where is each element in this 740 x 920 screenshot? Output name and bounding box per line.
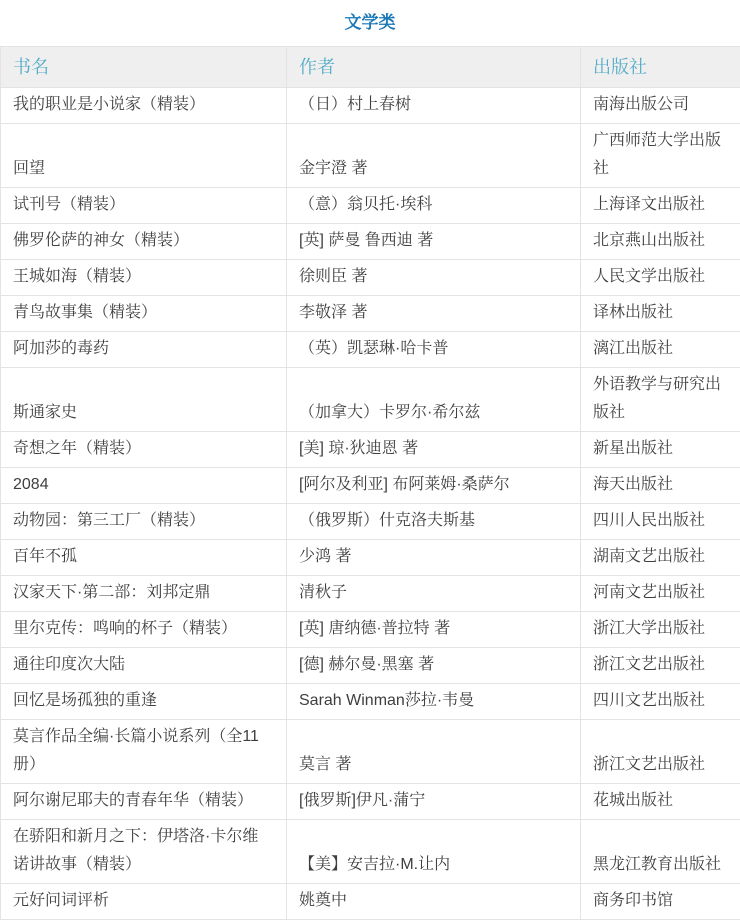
book-title-cell: 斯通家史 — [1, 368, 287, 432]
publisher-cell: 北京燕山出版社 — [581, 224, 740, 260]
table-header: 书名 作者 出版社 — [1, 47, 740, 88]
author-cell: [英] 萨曼 鲁西迪 著 — [287, 224, 581, 260]
publisher-cell: 浙江文艺出版社 — [581, 648, 740, 684]
page-container: 文学类 书名 作者 出版社 我的职业是小说家（精装） （日）村上春树 南海出版公… — [0, 0, 740, 920]
book-title-cell: 元好问词评析 — [1, 884, 287, 920]
table-row: 动物园：第三工厂（精装） （俄罗斯）什克洛夫斯基 四川人民出版社 — [1, 504, 740, 540]
publisher-cell: 广西师范大学出版社 — [581, 124, 740, 188]
author-cell: 姚奠中 — [287, 884, 581, 920]
table-row: 王城如海（精装） 徐则臣 著 人民文学出版社 — [1, 260, 740, 296]
table-body: 我的职业是小说家（精装） （日）村上春树 南海出版公司 回望 金宇澄 著 广西师… — [1, 88, 740, 920]
book-title-cell: 阿尔谢尼耶夫的青春年华（精装） — [1, 784, 287, 820]
book-title-cell: 阿加莎的毒药 — [1, 332, 287, 368]
publisher-cell: 浙江文艺出版社 — [581, 720, 740, 784]
publisher-cell: 新星出版社 — [581, 432, 740, 468]
column-header-publisher: 出版社 — [581, 47, 740, 88]
table-row: 阿尔谢尼耶夫的青春年华（精装） [俄罗斯]伊凡·蒲宁 花城出版社 — [1, 784, 740, 820]
table-row: 汉家天下·第二部：刘邦定鼎 清秋子 河南文艺出版社 — [1, 576, 740, 612]
publisher-cell: 四川文艺出版社 — [581, 684, 740, 720]
author-cell: [阿尔及利亚] 布阿莱姆·桑萨尔 — [287, 468, 581, 504]
author-cell: [俄罗斯]伊凡·蒲宁 — [287, 784, 581, 820]
author-cell: [英] 唐纳德·普拉特 著 — [287, 612, 581, 648]
table-row: 我的职业是小说家（精装） （日）村上春树 南海出版公司 — [1, 88, 740, 124]
table-row: 里尔克传：鸣响的杯子（精装） [英] 唐纳德·普拉特 著 浙江大学出版社 — [1, 612, 740, 648]
author-cell: 徐则臣 著 — [287, 260, 581, 296]
table-row: 阿加莎的毒药 （英）凯瑟琳·哈卡普 漓江出版社 — [1, 332, 740, 368]
book-title-cell: 在骄阳和新月之下：伊塔洛·卡尔维诺讲故事（精装） — [1, 820, 287, 884]
book-title-cell: 2084 — [1, 468, 287, 504]
author-cell: （俄罗斯）什克洛夫斯基 — [287, 504, 581, 540]
author-cell: [德] 赫尔曼·黑塞 著 — [287, 648, 581, 684]
author-cell: （日）村上春树 — [287, 88, 581, 124]
table-row: 在骄阳和新月之下：伊塔洛·卡尔维诺讲故事（精装） 【美】安吉拉·M.让内 黑龙江… — [1, 820, 740, 884]
publisher-cell: 河南文艺出版社 — [581, 576, 740, 612]
book-title-cell: 汉家天下·第二部：刘邦定鼎 — [1, 576, 287, 612]
publisher-cell: 外语教学与研究出版社 — [581, 368, 740, 432]
author-cell: （加拿大）卡罗尔·希尔兹 — [287, 368, 581, 432]
publisher-cell: 花城出版社 — [581, 784, 740, 820]
book-title-cell: 我的职业是小说家（精装） — [1, 88, 287, 124]
publisher-cell: 漓江出版社 — [581, 332, 740, 368]
author-cell: Sarah Winman莎拉·韦曼 — [287, 684, 581, 720]
author-cell: （意）翁贝托·埃科 — [287, 188, 581, 224]
author-cell: 清秋子 — [287, 576, 581, 612]
publisher-cell: 四川人民出版社 — [581, 504, 740, 540]
publisher-cell: 人民文学出版社 — [581, 260, 740, 296]
table-row: 试刊号（精装） （意）翁贝托·埃科 上海译文出版社 — [1, 188, 740, 224]
header-row: 书名 作者 出版社 — [1, 47, 740, 88]
table-row: 通往印度次大陆 [德] 赫尔曼·黑塞 著 浙江文艺出版社 — [1, 648, 740, 684]
book-title-cell: 奇想之年（精装） — [1, 432, 287, 468]
author-cell: 李敬泽 著 — [287, 296, 581, 332]
publisher-cell: 湖南文艺出版社 — [581, 540, 740, 576]
book-title-cell: 动物园：第三工厂（精装） — [1, 504, 287, 540]
book-title-cell: 里尔克传：鸣响的杯子（精装） — [1, 612, 287, 648]
table-row: 青鸟故事集（精装） 李敬泽 著 译林出版社 — [1, 296, 740, 332]
table-row: 元好问词评析 姚奠中 商务印书馆 — [1, 884, 740, 920]
publisher-cell: 上海译文出版社 — [581, 188, 740, 224]
table-row: 回忆是场孤独的重逢 Sarah Winman莎拉·韦曼 四川文艺出版社 — [1, 684, 740, 720]
publisher-cell: 商务印书馆 — [581, 884, 740, 920]
book-title-cell: 回望 — [1, 124, 287, 188]
page-title: 文学类 — [0, 0, 740, 46]
author-cell: [美] 琼·狄迪恩 著 — [287, 432, 581, 468]
book-title-cell: 试刊号（精装） — [1, 188, 287, 224]
column-header-author: 作者 — [287, 47, 581, 88]
book-list-table: 书名 作者 出版社 我的职业是小说家（精装） （日）村上春树 南海出版公司 回望… — [0, 46, 740, 920]
table-row: 回望 金宇澄 著 广西师范大学出版社 — [1, 124, 740, 188]
column-header-book-title: 书名 — [1, 47, 287, 88]
author-cell: 金宇澄 著 — [287, 124, 581, 188]
book-title-cell: 青鸟故事集（精装） — [1, 296, 287, 332]
book-title-cell: 莫言作品全编·长篇小说系列（全11册） — [1, 720, 287, 784]
table-row: 百年不孤 少鸿 著 湖南文艺出版社 — [1, 540, 740, 576]
book-title-cell: 王城如海（精装） — [1, 260, 287, 296]
author-cell: 少鸿 著 — [287, 540, 581, 576]
publisher-cell: 海天出版社 — [581, 468, 740, 504]
book-title-cell: 佛罗伦萨的神女（精装） — [1, 224, 287, 260]
table-row: 莫言作品全编·长篇小说系列（全11册） 莫言 著 浙江文艺出版社 — [1, 720, 740, 784]
publisher-cell: 浙江大学出版社 — [581, 612, 740, 648]
publisher-cell: 译林出版社 — [581, 296, 740, 332]
table-row: 2084 [阿尔及利亚] 布阿莱姆·桑萨尔 海天出版社 — [1, 468, 740, 504]
book-title-cell: 通往印度次大陆 — [1, 648, 287, 684]
author-cell: 莫言 著 — [287, 720, 581, 784]
publisher-cell: 黑龙江教育出版社 — [581, 820, 740, 884]
book-title-cell: 回忆是场孤独的重逢 — [1, 684, 287, 720]
table-row: 奇想之年（精装） [美] 琼·狄迪恩 著 新星出版社 — [1, 432, 740, 468]
table-row: 斯通家史 （加拿大）卡罗尔·希尔兹 外语教学与研究出版社 — [1, 368, 740, 432]
publisher-cell: 南海出版公司 — [581, 88, 740, 124]
table-row: 佛罗伦萨的神女（精装） [英] 萨曼 鲁西迪 著 北京燕山出版社 — [1, 224, 740, 260]
author-cell: （英）凯瑟琳·哈卡普 — [287, 332, 581, 368]
book-title-cell: 百年不孤 — [1, 540, 287, 576]
author-cell: 【美】安吉拉·M.让内 — [287, 820, 581, 884]
